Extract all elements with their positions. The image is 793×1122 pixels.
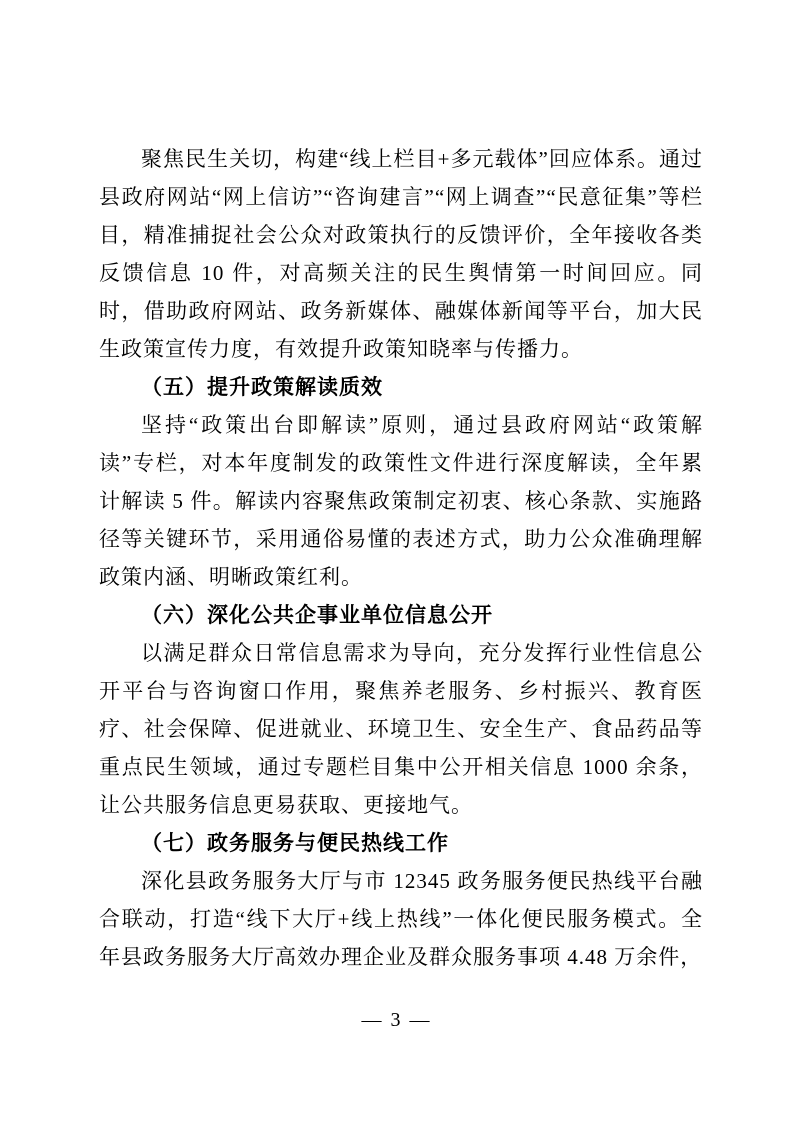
section-heading: （六）深化公共企事业单位信息公开 (99, 596, 703, 634)
body-paragraph: 深化县政务服务大厅与市 12345 政务服务便民热线平台融合联动，打造“线下大厅… (99, 862, 703, 976)
section-heading: （七）政务服务与便民热线工作 (99, 824, 703, 862)
page-number: — 3 — (0, 1005, 793, 1035)
document-body: 聚焦民生关切，构建“线上栏目+多元载体”回应体系。通过县政府网站“网上信访”“咨… (99, 140, 703, 976)
document-page: 聚焦民生关切，构建“线上栏目+多元载体”回应体系。通过县政府网站“网上信访”“咨… (0, 0, 793, 1122)
body-paragraph: 坚持“政策出台即解读”原则，通过县政府网站“政策解读”专栏，对本年度制发的政策性… (99, 406, 703, 596)
body-paragraph: 聚焦民生关切，构建“线上栏目+多元载体”回应体系。通过县政府网站“网上信访”“咨… (99, 140, 703, 368)
section-heading: （五）提升政策解读质效 (99, 368, 703, 406)
body-paragraph: 以满足群众日常信息需求为导向，充分发挥行业性信息公开平台与咨询窗口作用，聚焦养老… (99, 634, 703, 824)
